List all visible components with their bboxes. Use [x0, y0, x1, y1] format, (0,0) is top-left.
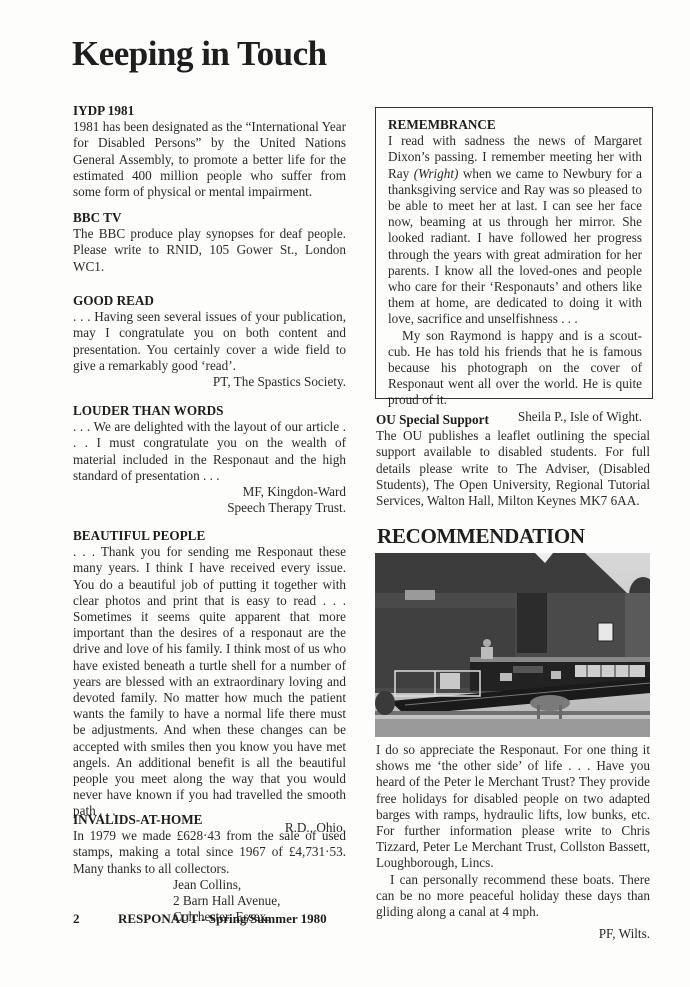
article-heading: IYDP 1981 [73, 103, 346, 119]
article-signature: PT, The Spastics Society. [73, 374, 346, 390]
address-line: 2 Barn Hall Avenue, [173, 893, 346, 909]
article-signature: PF, Wilts. [376, 926, 650, 942]
article-heading: LOUDER THAN WORDS [73, 403, 346, 419]
address-line: Jean Collins, [173, 877, 346, 893]
article-body: The BBC produce play synopses for deaf p… [73, 226, 346, 275]
article-body: In 1979 we made £628·43 from the sale of… [73, 828, 346, 877]
article-body: . . . Thank you for sending me Responaut… [73, 544, 346, 819]
article-body: I do so appreciate the Responaut. For on… [376, 742, 650, 872]
remembrance-box: REMEMBRANCE I read with sadness the news… [375, 107, 653, 399]
article-heading: OU Special Support [376, 412, 650, 428]
narrowboat-photo [375, 553, 650, 737]
article-body-paragraph-2: My son Raymond is happy and is a scout-c… [388, 328, 642, 409]
article-signature: MF, Kingdon-Ward [73, 484, 346, 500]
photo-illustration [375, 553, 650, 737]
page-title: Keeping in Touch [72, 30, 327, 78]
article-body: I read with sadness the news of Margaret… [388, 133, 642, 327]
article-heading: BEAUTIFUL PEOPLE [73, 528, 346, 544]
article-good-read: GOOD READ . . . Having seen several issu… [73, 293, 346, 390]
article-heading: BBC TV [73, 210, 346, 226]
article-body: 1981 has been designated as the “Interna… [73, 119, 346, 200]
article-iydp: IYDP 1981 1981 has been designated as th… [73, 103, 346, 200]
article-recommendation: I do so appreciate the Responaut. For on… [376, 742, 650, 942]
body-italic: (Wright) [414, 166, 459, 181]
article-body: . . . Having seen several issues of your… [73, 309, 346, 374]
article-body-paragraph-2: I can personally recommend these boats. … [376, 872, 650, 921]
article-bbc-tv: BBC TV The BBC produce play synopses for… [73, 210, 346, 275]
article-invalids-at-home: INVALIDS-AT-HOME In 1979 we made £628·43… [73, 812, 346, 925]
article-beautiful-people: BEAUTIFUL PEOPLE . . . Thank you for sen… [73, 528, 346, 836]
body-text: when we came to Newbury for a thanksgivi… [388, 166, 642, 327]
page-number: 2 [73, 911, 118, 927]
publication-title: RESPONAUT - Spring/Summer 1980 [118, 911, 327, 926]
section-heading-recommendation: RECOMMENDATION [377, 524, 585, 549]
article-signature: Speech Therapy Trust. [73, 500, 346, 516]
article-heading: REMEMBRANCE [388, 117, 642, 133]
article-body: . . . We are delighted with the layout o… [73, 419, 346, 484]
article-body: The OU publishes a leaflet outlining the… [376, 428, 650, 509]
article-louder-than-words: LOUDER THAN WORDS . . . We are delighted… [73, 403, 346, 516]
article-heading: INVALIDS-AT-HOME [73, 812, 346, 828]
article-ou-special-support: OU Special Support The OU publishes a le… [376, 412, 650, 509]
article-remembrance: REMEMBRANCE I read with sadness the news… [388, 117, 642, 425]
page-footer: 2RESPONAUT - Spring/Summer 1980 [73, 911, 327, 927]
article-heading: GOOD READ [73, 293, 346, 309]
